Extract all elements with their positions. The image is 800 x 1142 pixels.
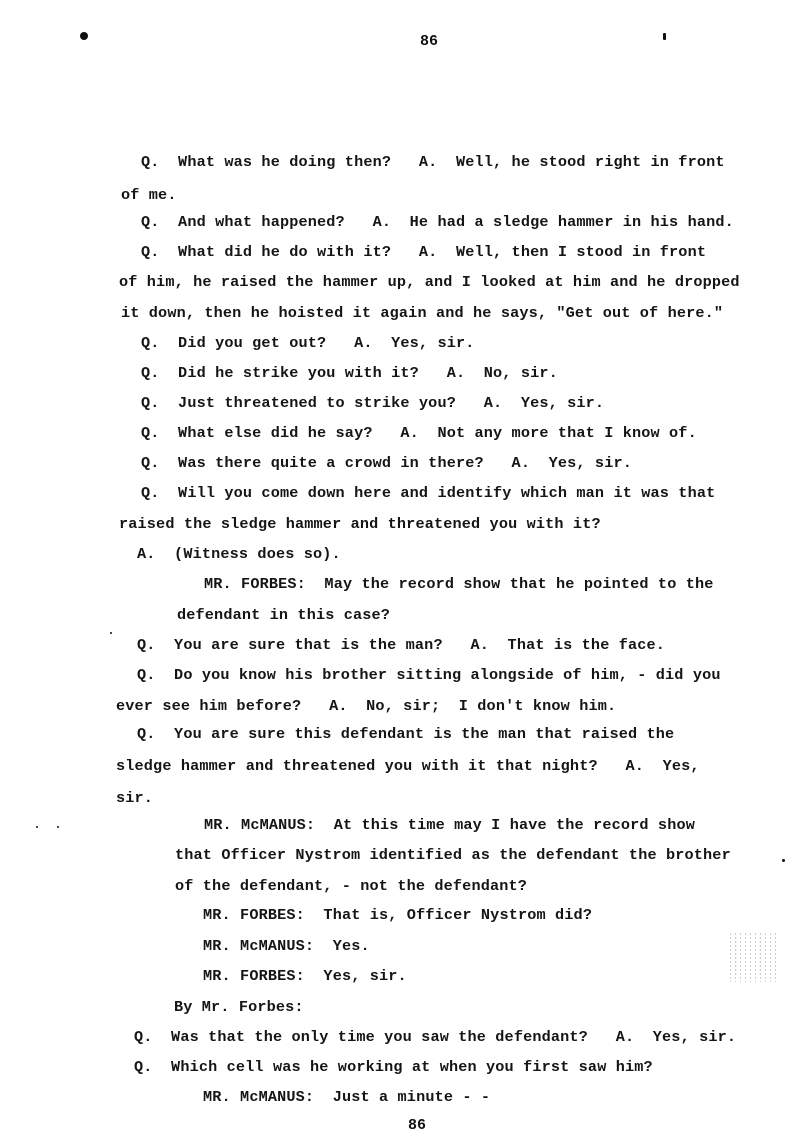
transcript-line: MR. McMANUS: At this time may I have the…	[204, 816, 695, 834]
transcript-line: it down, then he hoisted it again and he…	[121, 304, 723, 322]
transcript-line: By Mr. Forbes:	[174, 998, 304, 1016]
transcript-line: Q. What did he do with it? A. Well, then…	[141, 243, 706, 261]
transcript-line: Q. Which cell was he working at when you…	[134, 1058, 653, 1076]
ink-speck	[57, 826, 59, 828]
transcript-line: MR. FORBES: May the record show that he …	[204, 575, 714, 593]
transcript-line: Q. You are sure this defendant is the ma…	[137, 725, 674, 743]
ink-speck	[110, 632, 112, 634]
transcript-line: MR. McMANUS: Yes.	[203, 937, 370, 955]
transcript-line: of him, he raised the hammer up, and I l…	[119, 273, 740, 291]
transcript-line: Q. What was he doing then? A. Well, he s…	[141, 153, 725, 171]
transcript-line: ever see him before? A. No, sir; I don't…	[116, 697, 616, 715]
transcript-line: MR. McMANUS: Just a minute - -	[203, 1088, 490, 1106]
transcript-line: MR. FORBES: That is, Officer Nystrom did…	[203, 906, 592, 924]
transcript-line: Q. Was there quite a crowd in there? A. …	[141, 454, 632, 472]
transcript-line: Q. Did you get out? A. Yes, sir.	[141, 334, 475, 352]
transcript-line: Q. What else did he say? A. Not any more…	[141, 424, 697, 442]
transcript-line: that Officer Nystrom identified as the d…	[175, 846, 731, 864]
transcript-line: Q. Was that the only time you saw the de…	[134, 1028, 736, 1046]
transcript-line: of me.	[121, 186, 177, 204]
ink-speck	[663, 33, 666, 40]
transcript-page: 86 Q. What was he doing then? A. Well, h…	[0, 0, 800, 1142]
page-number-top: 86	[420, 33, 438, 51]
transcript-line: Q. Did he strike you with it? A. No, sir…	[141, 364, 558, 382]
transcript-line: defendant in this case?	[177, 606, 390, 624]
punch-hole-mark	[80, 32, 88, 40]
scan-noise	[728, 932, 778, 982]
transcript-line: sir.	[116, 789, 153, 807]
transcript-line: of the defendant, - not the defendant?	[175, 877, 527, 895]
page-number-bottom: 86	[408, 1117, 426, 1135]
transcript-line: Q. You are sure that is the man? A. That…	[137, 636, 665, 654]
transcript-line: Q. Will you come down here and identify …	[141, 484, 715, 502]
transcript-line: A. (Witness does so).	[137, 545, 341, 563]
transcript-line: sledge hammer and threatened you with it…	[116, 757, 700, 775]
transcript-line: raised the sledge hammer and threatened …	[119, 515, 601, 533]
transcript-line: Q. Do you know his brother sitting along…	[137, 666, 721, 684]
ink-speck	[36, 826, 38, 828]
ink-speck	[782, 859, 785, 862]
transcript-line: Q. And what happened? A. He had a sledge…	[141, 213, 734, 231]
transcript-line: Q. Just threatened to strike you? A. Yes…	[141, 394, 604, 412]
transcript-line: MR. FORBES: Yes, sir.	[203, 967, 407, 985]
